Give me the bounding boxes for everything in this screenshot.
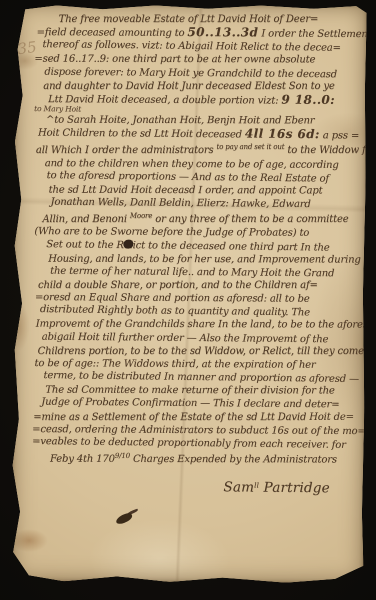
manuscript-line: and daughter to David Hoit Junr deceased… xyxy=(43,80,368,93)
manuscript-line: =mine as a Settlement of the Estate of t… xyxy=(33,411,366,424)
photo-background: 35 The free moveable Estate of Ltt David… xyxy=(0,0,376,600)
manuscript-line: Feby 4th 1709/10 Charges Expended by the… xyxy=(50,450,366,467)
manuscript-line: child a double Share, or portion, and to… xyxy=(38,279,367,292)
manuscript-paper: 35 The free moveable Estate of Ltt David… xyxy=(11,3,367,583)
manuscript-line: abigail Hoit till further order — Also t… xyxy=(42,330,367,346)
manuscript-text: The free moveable Estate of Ltt David Ho… xyxy=(32,12,369,495)
ink-blot xyxy=(123,240,133,249)
manuscript-line: Childrens portion, to be to the sd Widdo… xyxy=(38,345,367,358)
manuscript-line: Judge of Probates Confirmation — This I … xyxy=(41,396,366,412)
signature: Samll Partridge xyxy=(32,478,366,496)
ink-blot xyxy=(115,512,134,526)
manuscript-line: all Which I order the administrators to … xyxy=(36,141,368,157)
manuscript-line: dispose forever: to Mary Hoit ye Grandch… xyxy=(44,65,368,81)
manuscript-line: Allin, and Benoni Moore or any three of … xyxy=(42,210,367,226)
